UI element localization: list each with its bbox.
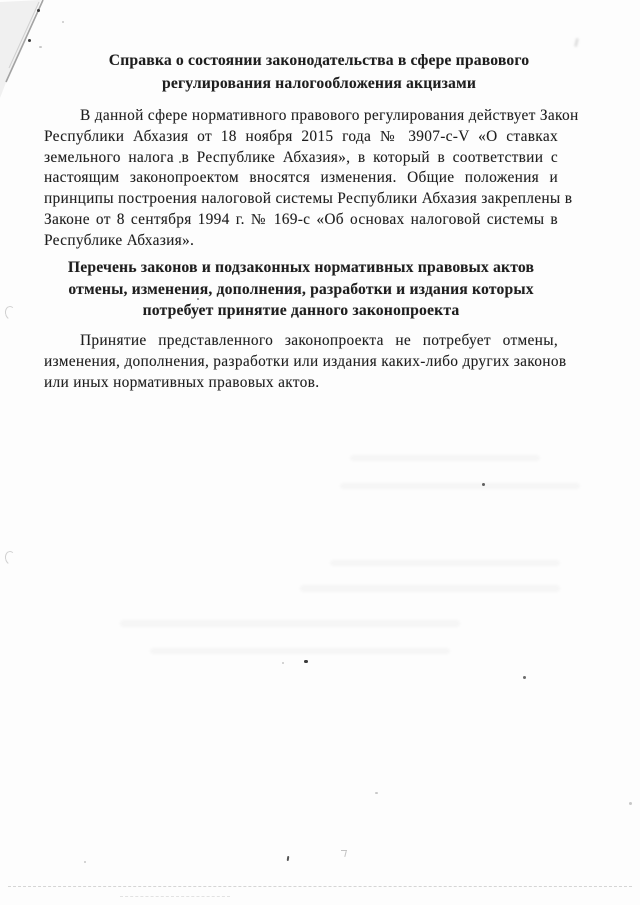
ink-speck — [375, 792, 378, 794]
bleedthrough-streak — [330, 560, 560, 566]
bleedthrough-streak — [300, 585, 560, 592]
bleedthrough-streak — [340, 483, 580, 489]
text-line: принципы построения налоговой системы Ре… — [44, 189, 558, 210]
text-line: земельного налога в Республике Абхазия»,… — [44, 148, 558, 169]
scanner-edge-line — [8, 886, 632, 887]
text-line: Республике Абхазия». — [44, 231, 558, 252]
faint-seven-artifact — [341, 850, 347, 857]
ink-speck — [62, 21, 64, 23]
ink-speck — [304, 660, 308, 663]
bleedthrough-streak — [120, 620, 460, 627]
ink-speck — [523, 676, 526, 679]
heading-list-of-laws: Перечень законов и подзаконных нормативн… — [44, 257, 558, 322]
ink-speck — [84, 861, 86, 863]
ink-speck — [37, 9, 40, 12]
stray-dot — [179, 161, 181, 163]
paragraph-adoption-consequences: Принятие представленного законопроекта н… — [44, 331, 558, 393]
paragraph-legislation-status: В данной сфере нормативного правового ре… — [44, 106, 558, 252]
text-line: настоящим законопроектом вносятся измене… — [44, 168, 558, 189]
pencil-c-mark — [4, 305, 18, 321]
heading-line: Перечень законов и подзаконных нормативн… — [44, 257, 558, 279]
heading-line: отмены, изменения, дополнения, разработк… — [44, 279, 558, 301]
stray-dot — [197, 298, 199, 300]
text-line: В данной сфере нормативного правового ре… — [44, 106, 558, 127]
ink-speck — [282, 662, 284, 664]
scanned-document-page: Справка о состоянии законодательства в с… — [0, 0, 640, 905]
scan-crease-artifact — [0, 0, 70, 105]
text-line: Принятие представленного законопроекта н… — [44, 331, 558, 352]
text-line: Законе от 8 сентября 1994 г. № 169-с «Об… — [44, 210, 558, 231]
ink-speck — [39, 46, 42, 48]
text-line: изменения, дополнения, разработки или из… — [44, 352, 558, 373]
title-line: регулирования налогообложения акцизами — [62, 72, 576, 95]
bleedthrough-streak — [150, 648, 450, 654]
scanner-edge-line — [120, 896, 230, 897]
ink-speck — [28, 39, 31, 42]
bleedthrough-streak — [350, 455, 540, 461]
title-line: Справка о состоянии законодательства в с… — [62, 49, 576, 72]
comma-artifact — [287, 856, 290, 861]
ink-speck — [629, 802, 632, 805]
text-line: Республики Абхазия от 18 ноября 2015 год… — [44, 127, 558, 148]
document-title: Справка о состоянии законодательства в с… — [62, 49, 576, 95]
heading-line: потребует принятие данного законопроекта — [44, 300, 558, 322]
pencil-c-mark — [4, 550, 18, 566]
text-line: или иных нормативных правовых актов. — [44, 373, 558, 394]
scan-smudge — [574, 38, 579, 47]
